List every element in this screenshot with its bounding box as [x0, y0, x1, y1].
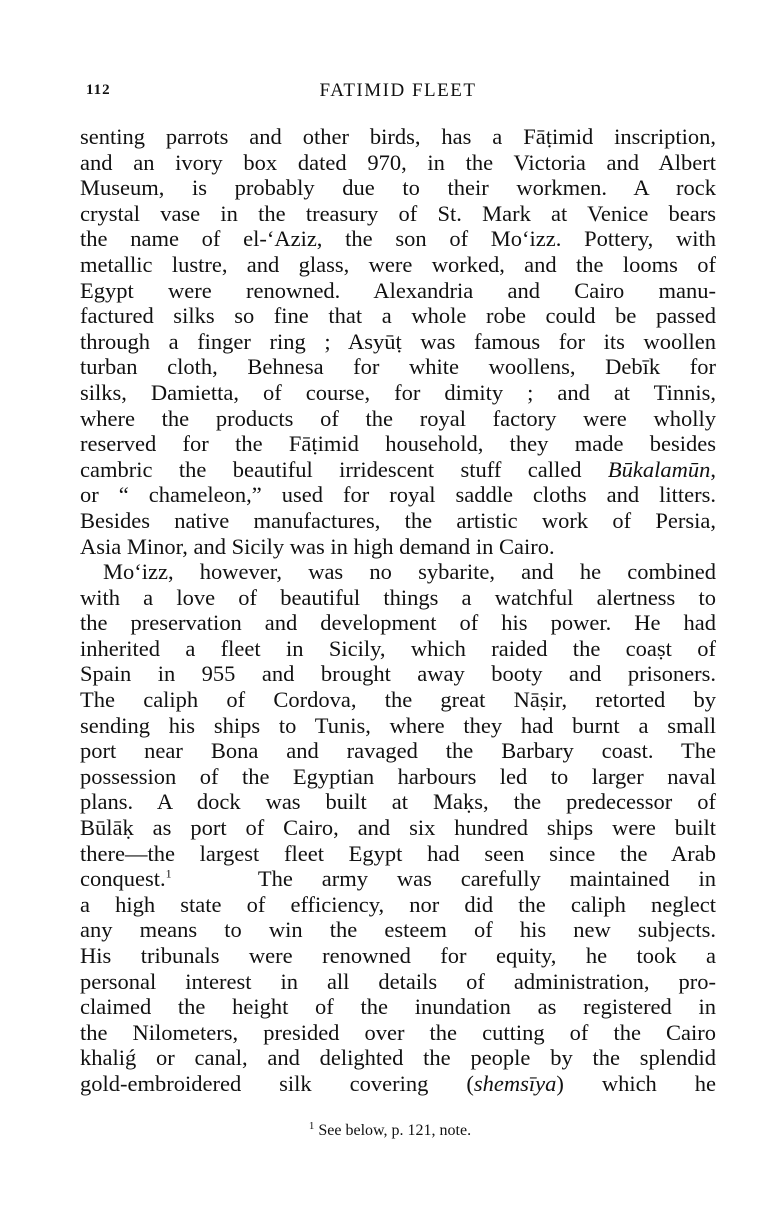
text-line: Egypt were renowned. Alexandria and Cair… [80, 278, 716, 304]
text-line-with-footnote: conquest.1 The army was carefully mainta… [80, 866, 716, 892]
text-line: port near Bona and ravaged the Barbary c… [80, 738, 716, 764]
text-line: the name of el-‘Aziz, the son of Mo‘izz.… [80, 226, 716, 252]
text-line-with-italic: gold-embroidered silk covering (shemsīya… [80, 1071, 716, 1097]
text-line: The caliph of Cordova, the great Nāṣir, … [80, 687, 716, 713]
text-segment: conquest. [80, 866, 166, 891]
text-line: plans. A dock was built at Maḳs, the pre… [80, 789, 716, 815]
running-head: 112 FATIMID FLEET [80, 80, 716, 104]
text-segment: cambric the beautiful irridescent stuff … [80, 457, 581, 482]
text-line: Būlāḳ as port of Cairo, and six hundred … [80, 815, 716, 841]
text-line: the Nilometers, presided over the cuttin… [80, 1020, 716, 1046]
text-line: personal interest in all details of admi… [80, 969, 716, 995]
text-line: and an ivory box dated 970, in the Victo… [80, 150, 716, 176]
text-line: a high state of efficiency, nor did the … [80, 892, 716, 918]
text-segment: The army was carefully maintained in [258, 866, 716, 891]
text-line: factured silks so fine that a whole robe… [80, 303, 716, 329]
footnote: 1See below, p. 121, note. [0, 1122, 780, 1140]
text-line-paragraph-start: Mo‘izz, however, was no sybarite, and he… [80, 559, 716, 585]
footnote-text: See below, p. 121, note. [318, 1122, 471, 1139]
running-title: FATIMID FLEET [80, 80, 716, 102]
text-line: with a love of beautiful things a watchf… [80, 585, 716, 611]
text-line: Museum, is probably due to their workmen… [80, 175, 716, 201]
text-line: reserved for the Fāṭimid household, they… [80, 431, 716, 457]
italic-term-bukalamun: Būkalamūn [608, 457, 710, 482]
text-line-paragraph-end: Asia Minor, and Sicily was in high deman… [80, 534, 716, 560]
text-line: Besides native manufactures, the artisti… [80, 508, 716, 534]
text-line: crystal vase in the treasury of St. Mark… [80, 201, 716, 227]
body-text: senting parrots and other birds, has a F… [80, 124, 716, 1097]
italic-term-shemsiya: shemsīya [474, 1071, 557, 1096]
footnote-marker: 1 [309, 1120, 315, 1132]
text-line-with-italic: cambric the beautiful irridescent stuff … [80, 457, 716, 483]
text-line: metallic lustre, and glass, were worked,… [80, 252, 716, 278]
text-line: the preservation and development of his … [80, 610, 716, 636]
text-line: inherited a fleet in Sicily, which raide… [80, 636, 716, 662]
text-line: where the products of the royal factory … [80, 406, 716, 432]
footnote-reference[interactable]: 1 [166, 867, 172, 881]
text-line: through a finger ring ; Asyūṭ was famous… [80, 329, 716, 355]
text-line: or “ chameleon,” used for royal saddle c… [80, 482, 716, 508]
text-line: claimed the height of the inundation as … [80, 994, 716, 1020]
punctuation: , [710, 457, 716, 482]
text-line: His tribunals were renowned for equity, … [80, 943, 716, 969]
text-line: turban cloth, Behnesa for white woollens… [80, 354, 716, 380]
text-line: there—the largest fleet Egypt had seen s… [80, 841, 716, 867]
text-line: Spain in 955 and brought away booty and … [80, 661, 716, 687]
text-line: silks, Damietta, of course, for dimity ;… [80, 380, 716, 406]
punctuation: ( [466, 1071, 474, 1096]
text-line: sending his ships to Tunis, where they h… [80, 713, 716, 739]
text-line: senting parrots and other birds, has a F… [80, 124, 716, 150]
text-segment: gold-embroidered silk covering [80, 1071, 428, 1096]
text-line: possession of the Egyptian harbours led … [80, 764, 716, 790]
text-segment: ) which he [556, 1071, 716, 1096]
text-line: any means to win the esteem of his new s… [80, 917, 716, 943]
text-line: khaliǵ or canal, and delighted the peopl… [80, 1045, 716, 1071]
